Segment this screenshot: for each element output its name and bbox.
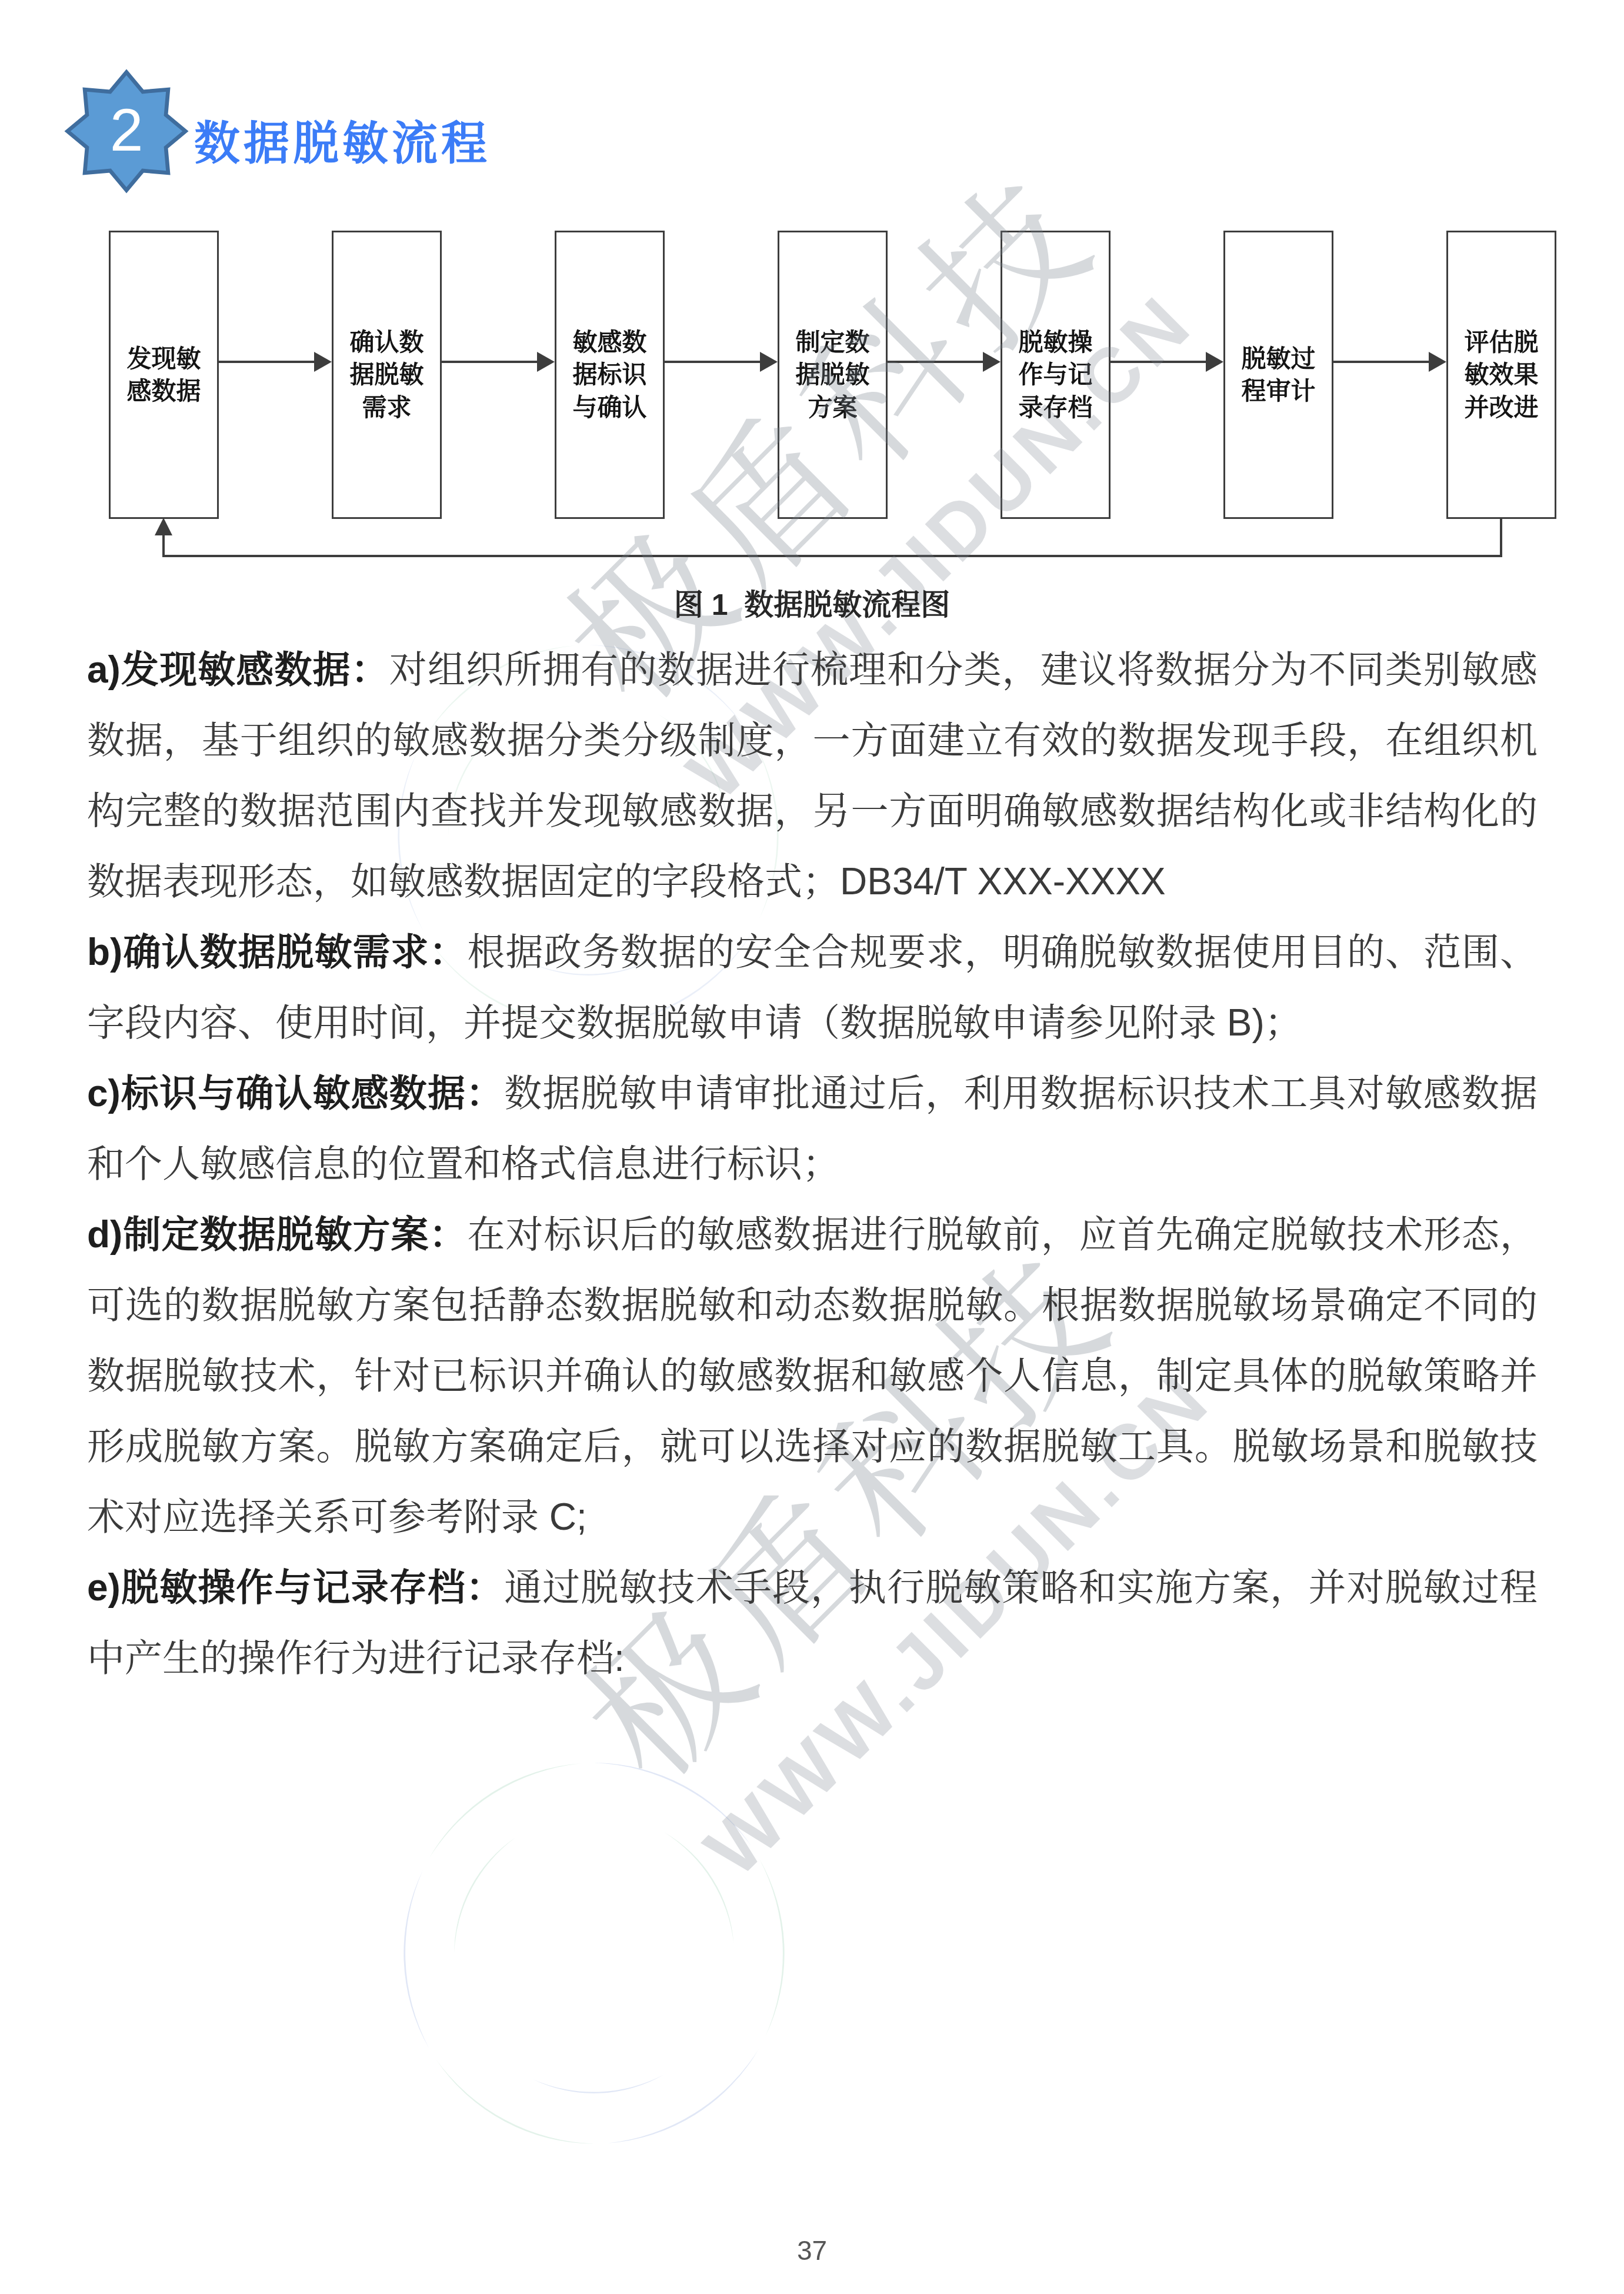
page-number: 37 bbox=[0, 2235, 1624, 2266]
arrow-right-icon bbox=[1111, 349, 1223, 374]
flow-step-box: 脱敏操 作与记 录存档 bbox=[1001, 231, 1111, 519]
paragraph-label: b)确认数据脱敏需求： bbox=[87, 931, 468, 973]
paragraph-b: b)确认数据脱敏需求：根据政务数据的安全合规要求，明确脱敏数据使用目的、范围、字… bbox=[87, 917, 1538, 1058]
flow-step-label: 敏感数 据标识 与确认 bbox=[572, 326, 646, 424]
flow-step-box: 脱敏过 程审计 bbox=[1223, 231, 1333, 519]
paragraph-label: a)发现敏感数据： bbox=[87, 648, 389, 691]
flow-step-label: 脱敏操 作与记 录存档 bbox=[1018, 326, 1092, 424]
flow-step-box: 评估脱 敏效果 并改进 bbox=[1446, 231, 1556, 519]
arrow-right-icon bbox=[442, 349, 555, 374]
feedback-arrow-line bbox=[1500, 519, 1502, 557]
page-title: 数据脱敏流程 bbox=[194, 107, 491, 173]
flow-step-label: 脱敏过 程审计 bbox=[1241, 342, 1315, 408]
arrow-right-icon bbox=[219, 349, 332, 374]
logo-swirl-icon bbox=[376, 1736, 812, 2171]
flow-step-box: 确认数 据脱敏 需求 bbox=[332, 231, 442, 519]
paragraph-a: a)发现敏感数据：对组织所拥有的数据进行梳理和分类，建议将数据分为不同类别敏感数… bbox=[87, 634, 1538, 917]
paragraph-d: d)制定数据脱敏方案：在对标识后的敏感数据进行脱敏前，应首先确定脱敏技术形态，可… bbox=[87, 1199, 1538, 1552]
feedback-arrow-line bbox=[162, 534, 165, 557]
paragraph-label: c)标识与确认敏感数据： bbox=[87, 1072, 504, 1114]
section-number: 2 bbox=[64, 68, 189, 194]
paragraph-e: e)脱敏操作与记录存档：通过脱敏技术手段，执行脱敏策略和实施方案，并对脱敏过程中… bbox=[87, 1552, 1538, 1693]
flow-step-label: 确认数 据脱敏 需求 bbox=[349, 326, 423, 424]
paragraph-label: e)脱敏操作与记录存档： bbox=[87, 1566, 504, 1609]
body-text: a)发现敏感数据：对组织所拥有的数据进行梳理和分类，建议将数据分为不同类别敏感数… bbox=[87, 634, 1538, 1693]
arrow-right-icon bbox=[1333, 349, 1446, 374]
section-badge: 2 bbox=[64, 68, 189, 194]
flow-step-box: 发现敏 感数据 bbox=[109, 231, 219, 519]
paragraph-label: d)制定数据脱敏方案： bbox=[87, 1213, 468, 1256]
arrow-right-icon bbox=[888, 349, 1001, 374]
paragraph-c: c)标识与确认敏感数据：数据脱敏申请审批通过后，利用数据标识技术工具对敏感数据和… bbox=[87, 1058, 1538, 1199]
flow-step-label: 评估脱 敏效果 并改进 bbox=[1464, 326, 1538, 424]
arrow-up-icon bbox=[155, 518, 172, 535]
flow-step-box: 敏感数 据标识 与确认 bbox=[555, 231, 665, 519]
arrow-right-icon bbox=[665, 349, 778, 374]
paragraph-text: 在对标识后的敏感数据进行脱敏前，应首先确定脱敏技术形态，可选的数据脱敏方案包括静… bbox=[87, 1213, 1538, 1538]
flow-step-box: 制定数 据脱敏 方案 bbox=[778, 231, 888, 519]
flow-step-label: 制定数 据脱敏 方案 bbox=[795, 326, 869, 424]
feedback-arrow-line bbox=[162, 555, 1502, 557]
flow-step-label: 发现敏 感数据 bbox=[126, 342, 201, 408]
figure-caption: 图 1 数据脱敏流程图 bbox=[0, 581, 1624, 624]
document-page: 2 数据脱敏流程 发现敏 感数据 确认数 据脱敏 需求 敏感数 据标识 与确认 … bbox=[0, 0, 1624, 2294]
